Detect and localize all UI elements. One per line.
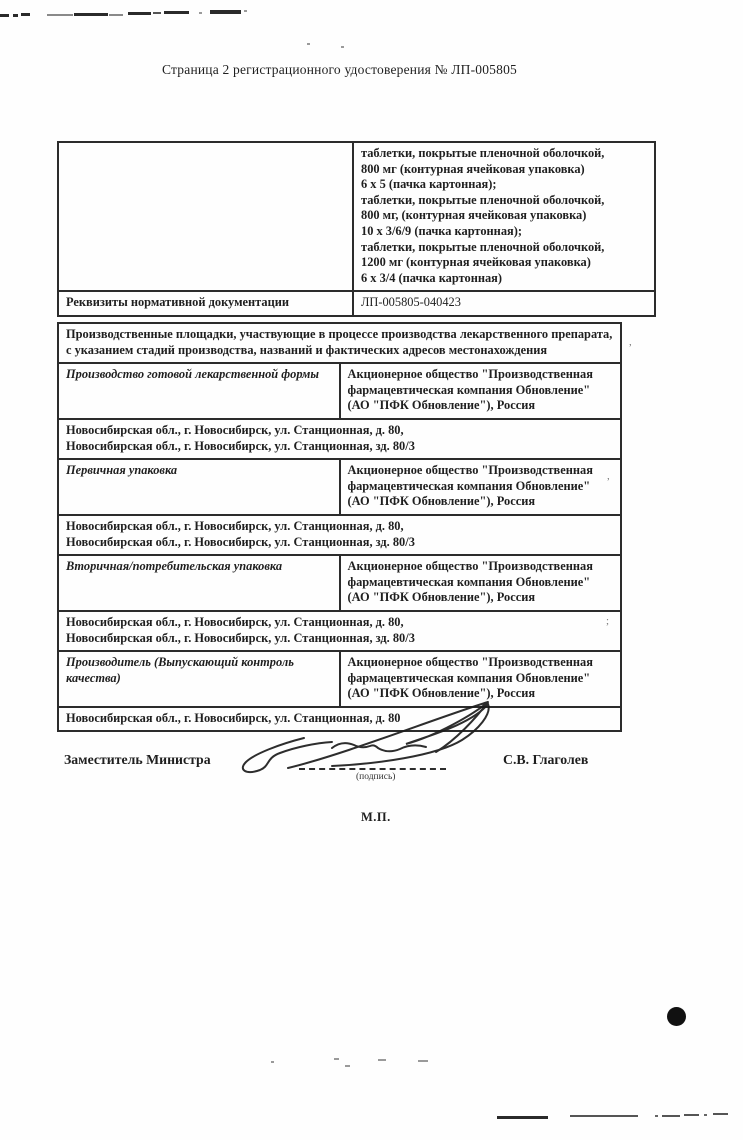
- scan-artifact-dash: [684, 1114, 699, 1116]
- table-row: Новосибирская обл., г. Новосибирск, ул. …: [58, 515, 621, 555]
- scan-artifact-dot: [667, 1007, 686, 1026]
- scan-artifact-dash: [570, 1115, 638, 1117]
- scan-artifact-speck: [244, 10, 247, 12]
- scan-artifact-dash: [210, 10, 241, 14]
- scan-artifact-comma: ,: [629, 336, 632, 348]
- production-sites-header: Производственные площадки, участвующие в…: [58, 323, 621, 363]
- scanned-certificate-page: Страница 2 регистрационного удостоверени…: [0, 0, 743, 1140]
- scan-artifact-dash: [0, 14, 9, 17]
- page-title: Страница 2 регистрационного удостоверени…: [57, 62, 622, 78]
- scan-artifact-speck: [271, 1061, 274, 1063]
- signature-caption: (подпись): [356, 772, 395, 782]
- table-row: Производство готовой лекарственной формы…: [58, 363, 621, 419]
- scan-artifact-dash: [713, 1113, 728, 1115]
- normative-docs-label: Реквизиты нормативной документации: [58, 291, 353, 316]
- scan-artifact-dash: [164, 11, 189, 14]
- table-row: таблетки, покрытые пленочной оболочкой, …: [58, 142, 655, 291]
- table-row: Новосибирская обл., г. Новосибирск, ул. …: [58, 419, 621, 459]
- scan-artifact-dash: [497, 1116, 548, 1119]
- scan-artifact-dash: [47, 14, 73, 16]
- address-cell: Новосибирская обл., г. Новосибирск, ул. …: [58, 515, 621, 555]
- normative-docs-value: ЛП-005805-040423: [353, 291, 655, 316]
- scan-artifact-dash: [21, 13, 30, 16]
- scan-artifact-speck: [199, 12, 202, 14]
- scan-artifact-speck: [704, 1114, 707, 1116]
- scan-artifact-dash: [74, 13, 108, 16]
- table-row: Новосибирская обл., г. Новосибирск, ул. …: [58, 611, 621, 651]
- scan-artifact-speck: [307, 43, 310, 45]
- scan-artifact-dash: [109, 14, 123, 16]
- company-cell: Акционерное общество "Производственная ф…: [340, 555, 622, 611]
- signer-title: Заместитель Министра: [64, 752, 211, 768]
- address-cell: Новосибирская обл., г. Новосибирск, ул. …: [58, 419, 621, 459]
- stage-cell: Производство готовой лекарственной формы: [58, 363, 340, 419]
- company-cell: Акционерное общество "Производственная ф…: [340, 459, 622, 515]
- scan-artifact-speck: [341, 46, 344, 48]
- production-sites-table: Производственные площадки, участвующие в…: [57, 322, 622, 732]
- table-row: Вторичная/потребительская упаковка Акцио…: [58, 555, 621, 611]
- scan-artifact-speck: [418, 1060, 428, 1062]
- company-cell: Акционерное общество "Производственная ф…: [340, 363, 622, 419]
- scan-artifact-speck: [345, 1065, 350, 1067]
- scan-artifact-speck: [655, 1115, 658, 1117]
- signer-name: С.В. Глаголев: [503, 752, 588, 768]
- scan-artifact-dash: [153, 12, 161, 14]
- table-row: Производственные площадки, участвующие в…: [58, 323, 621, 363]
- table-row: Первичная упаковка Акционерное общество …: [58, 459, 621, 515]
- address-cell: Новосибирская обл., г. Новосибирск, ул. …: [58, 611, 621, 651]
- signature-line: [299, 768, 446, 770]
- scan-artifact-speck: [334, 1058, 339, 1060]
- packaging-table: таблетки, покрытые пленочной оболочкой, …: [57, 141, 656, 317]
- empty-cell: [58, 142, 353, 291]
- scan-artifact-dash: [13, 14, 18, 17]
- scan-artifact-dash: [128, 12, 151, 15]
- stage-cell: Первичная упаковка: [58, 459, 340, 515]
- packaging-forms-cell: таблетки, покрытые пленочной оболочкой, …: [353, 142, 655, 291]
- signature-scribble: [236, 696, 510, 784]
- stamp-placeholder: М.П.: [361, 810, 391, 825]
- stage-cell: Вторичная/потребительская упаковка: [58, 555, 340, 611]
- scan-artifact-dash: [662, 1115, 680, 1117]
- scan-artifact-speck: [378, 1059, 386, 1061]
- table-row: Реквизиты нормативной документации ЛП-00…: [58, 291, 655, 316]
